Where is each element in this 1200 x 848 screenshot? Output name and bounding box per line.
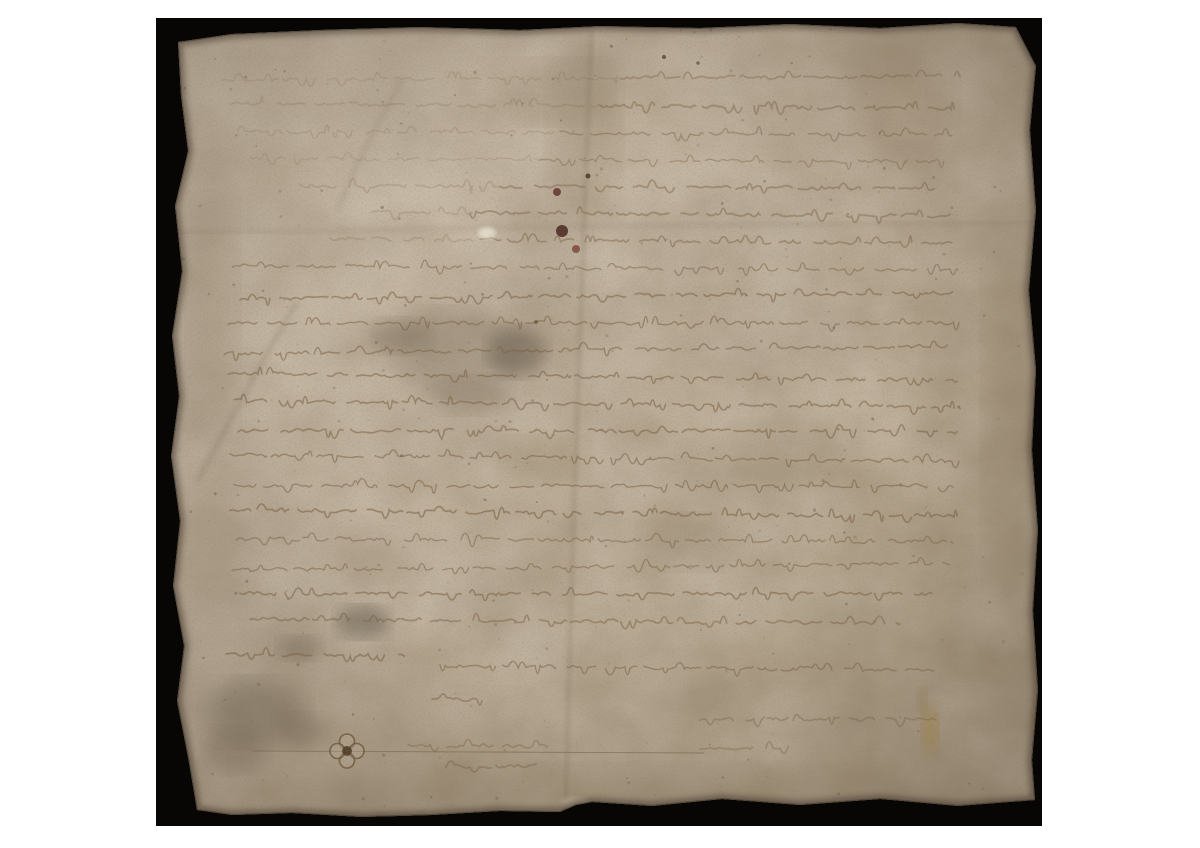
parchment-scan-image [0,0,1200,848]
vignette-overlay [156,18,1042,826]
parchment-surface [156,18,1042,826]
document-scan-page [0,0,1200,848]
